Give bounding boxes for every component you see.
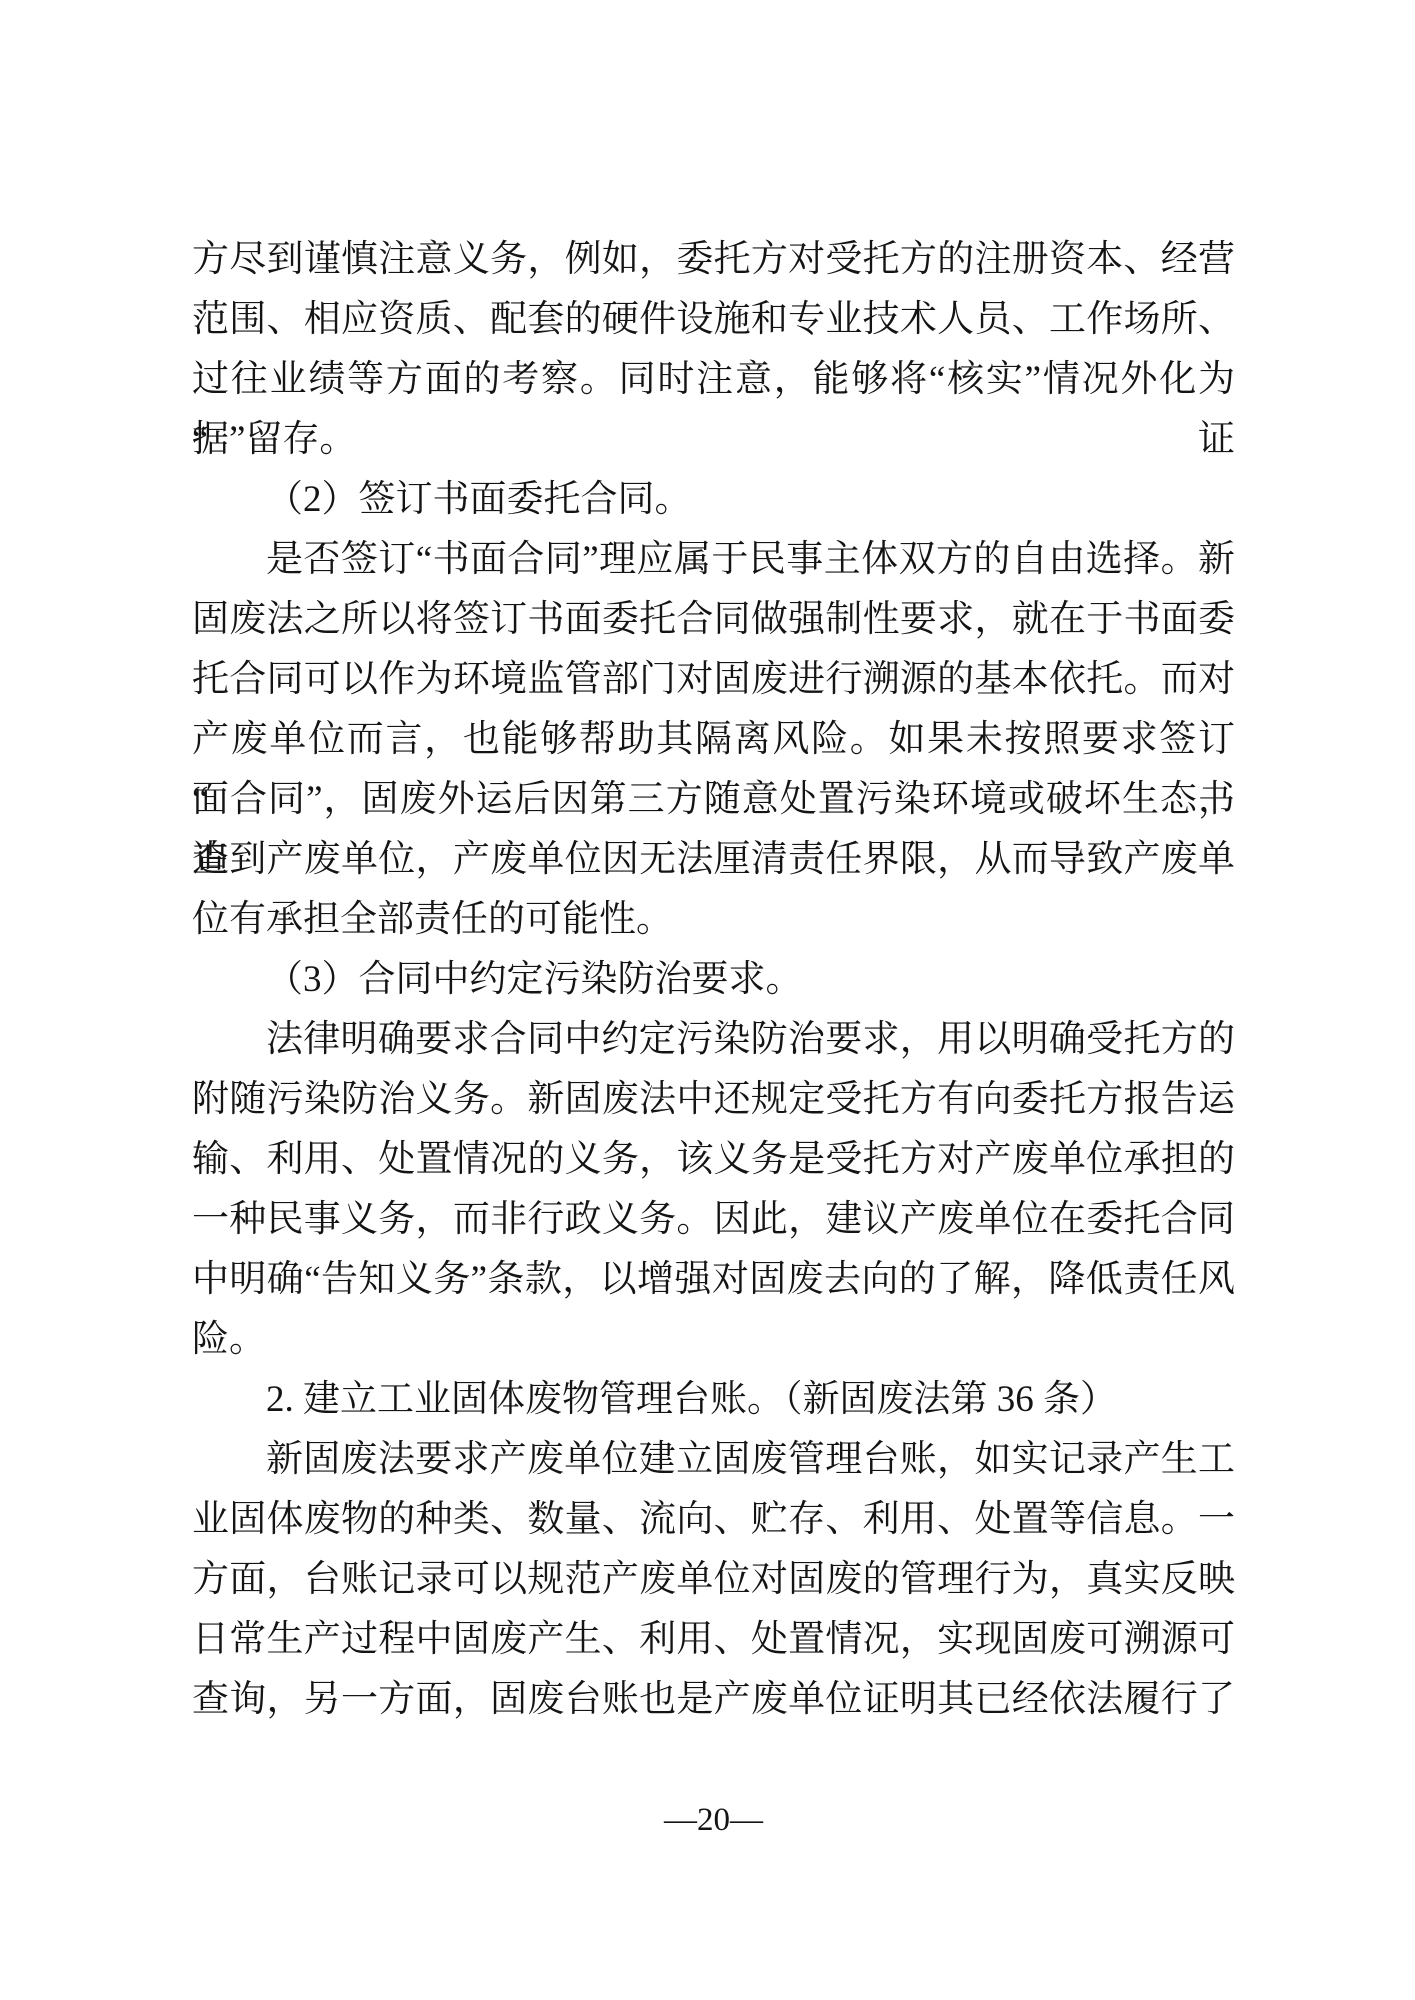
- text-line: 业固体废物的种类、数量、流向、贮存、利用、处置等信息。一: [192, 1490, 1235, 1550]
- text-line: 险。: [192, 1310, 1235, 1370]
- text-line: （3）合同中约定污染防治要求。: [192, 950, 1235, 1010]
- text-line: 中明确“告知义务”条款，以增强对固废去向的了解，降低责任风: [192, 1250, 1235, 1310]
- text-line: 方面，台账记录可以规范产废单位对固废的管理行为，真实反映: [192, 1550, 1235, 1610]
- text-line: 固废法之所以将签订书面委托合同做强制性要求，就在于书面委: [192, 590, 1235, 650]
- document-page: 方尽到谨慎注意义务，例如，委托方对受托方的注册资本、经营范围、相应资质、配套的硬…: [0, 0, 1415, 2000]
- text-line: 托合同可以作为环境监管部门对固废进行溯源的基本依托。而对: [192, 650, 1235, 710]
- text-line: 法律明确要求合同中约定污染防治要求，用以明确受托方的: [192, 1010, 1235, 1070]
- text-line: 日常生产过程中固废产生、利用、处置情况，实现固废可溯源可: [192, 1610, 1235, 1670]
- text-line: 查询，另一方面，固废台账也是产废单位证明其已经依法履行了: [192, 1670, 1235, 1730]
- text-line: 产废单位而言，也能够帮助其隔离风险。如果未按照要求签订“书: [192, 710, 1235, 770]
- text-line: 附随污染防治义务。新固废法中还规定受托方有向委托方报告运: [192, 1070, 1235, 1130]
- text-line: 查到产废单位，产废单位因无法厘清责任界限，从而导致产废单: [192, 830, 1235, 890]
- text-line: 位有承担全部责任的可能性。: [192, 890, 1235, 950]
- text-line: （2）签订书面委托合同。: [192, 470, 1235, 530]
- text-block: 方尽到谨慎注意义务，例如，委托方对受托方的注册资本、经营范围、相应资质、配套的硬…: [192, 230, 1235, 1730]
- text-line: 是否签订“书面合同”理应属于民事主体双方的自由选择。新: [192, 530, 1235, 590]
- text-line: 面合同”，固废外运后因第三方随意处置污染环境或破坏生态，追: [192, 770, 1235, 830]
- text-line: 2. 建立工业固体废物管理台账。（新固废法第 36 条）: [192, 1370, 1235, 1430]
- text-line: 新固废法要求产废单位建立固废管理台账，如实记录产生工: [192, 1430, 1235, 1490]
- text-line: 过往业绩等方面的考察。同时注意，能够将“核实”情况外化为“证: [192, 350, 1235, 410]
- page-number: —20—: [192, 1800, 1235, 1840]
- text-line: 方尽到谨慎注意义务，例如，委托方对受托方的注册资本、经营: [192, 230, 1235, 290]
- text-line: 范围、相应资质、配套的硬件设施和专业技术人员、工作场所、: [192, 290, 1235, 350]
- text-line: 输、利用、处置情况的义务，该义务是受托方对产废单位承担的: [192, 1130, 1235, 1190]
- text-line: 一种民事义务，而非行政义务。因此，建议产废单位在委托合同: [192, 1190, 1235, 1250]
